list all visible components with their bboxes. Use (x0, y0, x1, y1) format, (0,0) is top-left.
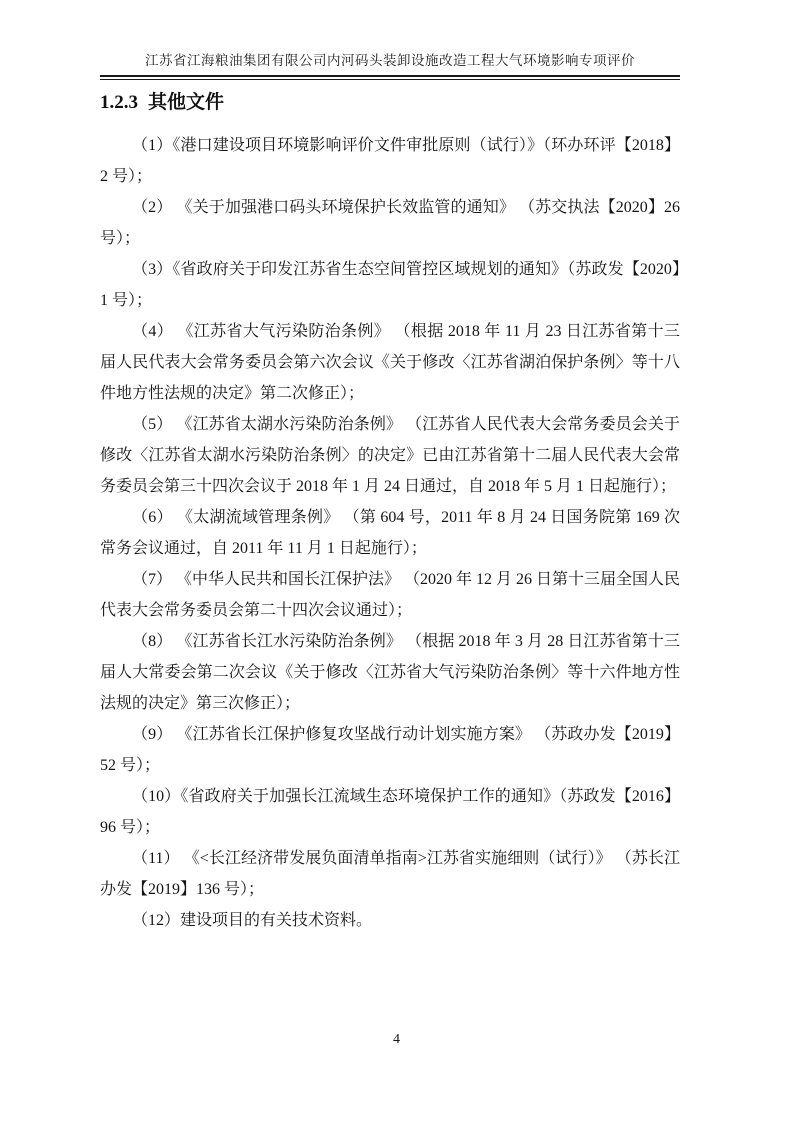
list-item: （7） 《中华人民共和国长江保护法》 （2020 年 12 月 26 日第十三届… (100, 564, 680, 626)
section-title: 其他文件 (148, 92, 224, 113)
list-item: （5） 《江苏省太湖水污染防治条例》 （江苏省人民代表大会常务委员会关于修改〈江… (100, 409, 680, 502)
document-page: 江苏省江海粮油集团有限公司内河码头装卸设施改造工程大气环境影响专项评价 1.2.… (0, 0, 793, 1122)
page-content: 1.2.3其他文件 （1）《港口建设项目环境影响评价文件审批原则（试行）》（环办… (100, 90, 680, 936)
list-item: （12）建设项目的有关技术资料。 (100, 905, 680, 936)
list-item: （6） 《太湖流域管理条例》 （第 604 号，2011 年 8 月 24 日国… (100, 502, 680, 564)
other-documents-list: （1）《港口建设项目环境影响评价文件审批原则（试行）》（环办环评【2018】2 … (100, 130, 680, 936)
list-item: （2） 《关于加强港口码头环境保护长效监管的通知》 （苏交执法【2020】26 … (100, 192, 680, 254)
header-rule (100, 75, 680, 80)
list-item: （1）《港口建设项目环境影响评价文件审批原则（试行）》（环办环评【2018】2 … (100, 130, 680, 192)
section-number: 1.2.3 (100, 92, 138, 113)
page-number: 4 (393, 1032, 400, 1047)
section-heading: 1.2.3其他文件 (100, 90, 680, 116)
list-item: （8） 《江苏省长江水污染防治条例》 （根据 2018 年 3 月 28 日江苏… (100, 626, 680, 719)
page-header: 江苏省江海粮油集团有限公司内河码头装卸设施改造工程大气环境影响专项评价 (100, 52, 680, 80)
header-title: 江苏省江海粮油集团有限公司内河码头装卸设施改造工程大气环境影响专项评价 (100, 52, 680, 75)
list-item: （10）《省政府关于加强长江流域生态环境保护工作的通知》（苏政发【2016】96… (100, 781, 680, 843)
list-item: （11） 《<长江经济带发展负面清单指南>江苏省实施细则（试行）》 （苏长江办发… (100, 843, 680, 905)
list-item: （4） 《江苏省大气污染防治条例》 （根据 2018 年 11 月 23 日江苏… (100, 316, 680, 409)
list-item: （9） 《江苏省长江保护修复攻坚战行动计划实施方案》 （苏政办发【2019】52… (100, 719, 680, 781)
list-item: （3）《省政府关于印发江苏省生态空间管控区域规划的通知》（苏政发【2020】1 … (100, 254, 680, 316)
page-footer: 4 (0, 1030, 793, 1050)
